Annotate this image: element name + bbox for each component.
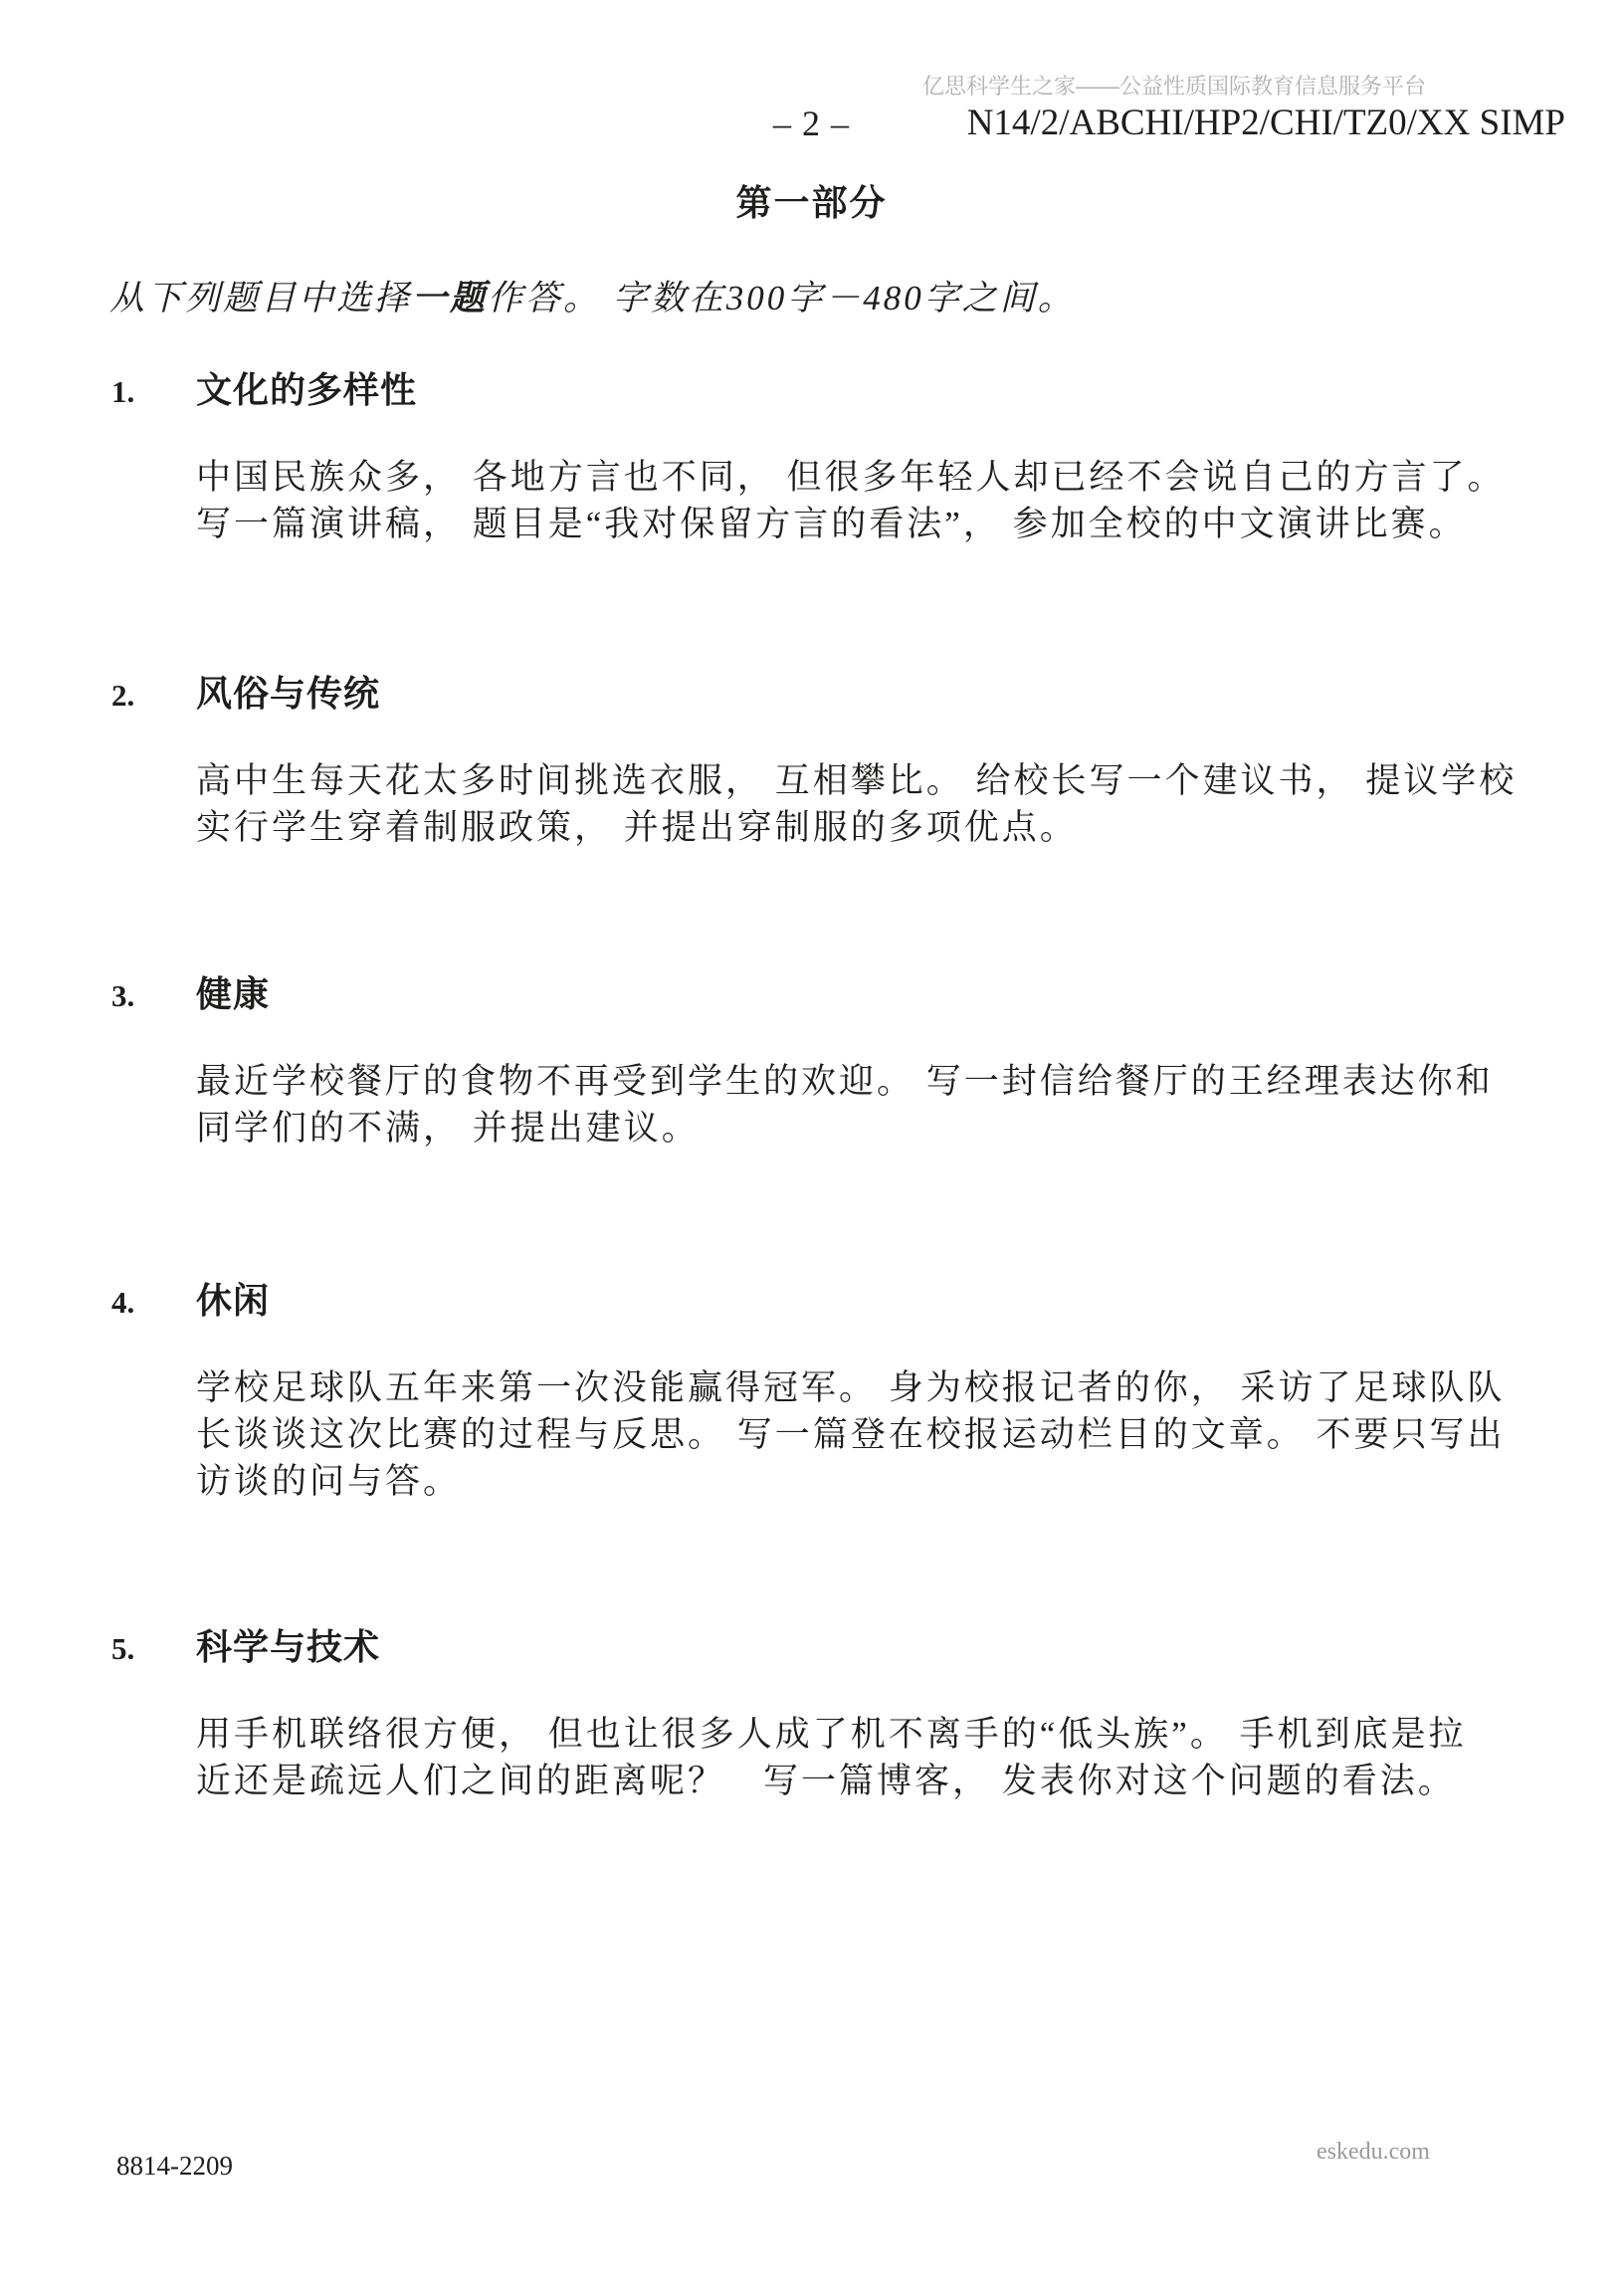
body-line: 学校足球队五年来第一次没能赢得冠军。 身为校报记者的你， 采访了足球队队 xyxy=(196,1364,1564,1411)
question-5-body: 用手机联络很方便， 但也让很多人成了机不离手的“低头族”。 手机到底是拉 近还是… xyxy=(196,1711,1564,1804)
body-line: 长谈谈这次比赛的过程与反思。 写一篇登在校报运动栏目的文章。 不要只写出 xyxy=(196,1411,1564,1458)
question-2: 2. 风俗与传统 高中生每天花太多时间挑选衣服， 互相攀比。 给校长写一个建议书… xyxy=(111,671,1564,851)
question-4-number: 4. xyxy=(111,1287,134,1318)
body-line: 最近学校餐厅的食物不再受到学生的欢迎。 写一封信给餐厅的王经理表达你和 xyxy=(196,1058,1564,1105)
paper-code: N14/2/ABCHI/HP2/CHI/TZ0/XX SIMP xyxy=(967,103,1565,144)
instruction-post: 作答。 字数在300字－480字之间。 xyxy=(488,279,1076,317)
question-3-body: 最近学校餐厅的食物不再受到学生的欢迎。 写一封信给餐厅的王经理表达你和 同学们的… xyxy=(196,1058,1564,1151)
question-4: 4. 休闲 学校足球队五年来第一次没能赢得冠军。 身为校报记者的你， 采访了足球… xyxy=(111,1278,1564,1505)
exam-paper-page: 亿思科学生之家——公益性质国际教育信息服务平台 – 2 – N14/2/ABCH… xyxy=(0,0,1623,2296)
question-1-number: 1. xyxy=(111,376,134,407)
question-3-heading: 健康 xyxy=(196,971,1564,1018)
instruction-pre: 从下列题目中选择 xyxy=(109,279,412,317)
question-2-heading: 风俗与传统 xyxy=(196,671,1564,718)
question-5-number: 5. xyxy=(111,1633,134,1664)
body-line: 写一篇演讲稿， 题目是“我对保留方言的看法”， 参加全校的中文演讲比赛。 xyxy=(196,501,1564,547)
body-line: 实行学生穿着制服政策， 并提出穿制服的多项优点。 xyxy=(196,804,1564,851)
body-line: 高中生每天花太多时间挑选衣服， 互相攀比。 给校长写一个建议书， 提议学校 xyxy=(196,757,1564,804)
body-line: 访谈的问与答。 xyxy=(196,1458,1564,1505)
question-3: 3. 健康 最近学校餐厅的食物不再受到学生的欢迎。 写一封信给餐厅的王经理表达你… xyxy=(111,971,1564,1151)
site-watermark: eskedu.com xyxy=(1317,2138,1430,2166)
question-4-heading: 休闲 xyxy=(196,1278,1564,1325)
question-2-number: 2. xyxy=(111,680,134,711)
question-4-body: 学校足球队五年来第一次没能赢得冠军。 身为校报记者的你， 采访了足球队队 长谈谈… xyxy=(196,1364,1564,1505)
question-1-body: 中国民族众多， 各地方言也不同， 但很多年轻人却已经不会说自己的方言了。 写一篇… xyxy=(196,454,1564,547)
instruction-bold: 一题 xyxy=(412,279,488,317)
body-line: 近还是疏远人们之间的距离呢？ 写一篇博客， 发表你对这个问题的看法。 xyxy=(196,1758,1564,1804)
body-line: 同学们的不满， 并提出建议。 xyxy=(196,1105,1564,1151)
question-2-body: 高中生每天花太多时间挑选衣服， 互相攀比。 给校长写一个建议书， 提议学校 实行… xyxy=(196,757,1564,851)
paper-reference-number: 8814-2209 xyxy=(116,2150,233,2182)
watermark-text: 亿思科学生之家——公益性质国际教育信息服务平台 xyxy=(922,74,1426,100)
question-3-number: 3. xyxy=(111,980,134,1011)
body-line: 用手机联络很方便， 但也让很多人成了机不离手的“低头族”。 手机到底是拉 xyxy=(196,1711,1564,1758)
question-1-heading: 文化的多样性 xyxy=(196,367,1564,414)
instruction-line: 从下列题目中选择一题作答。 字数在300字－480字之间。 xyxy=(109,275,1076,321)
question-5-heading: 科学与技术 xyxy=(196,1624,1564,1671)
question-1: 1. 文化的多样性 中国民族众多， 各地方言也不同， 但很多年轻人却已经不会说自… xyxy=(111,367,1564,547)
question-5: 5. 科学与技术 用手机联络很方便， 但也让很多人成了机不离手的“低头族”。 手… xyxy=(111,1624,1564,1804)
body-line: 中国民族众多， 各地方言也不同， 但很多年轻人却已经不会说自己的方言了。 xyxy=(196,454,1564,501)
section-title: 第一部分 xyxy=(0,181,1623,225)
